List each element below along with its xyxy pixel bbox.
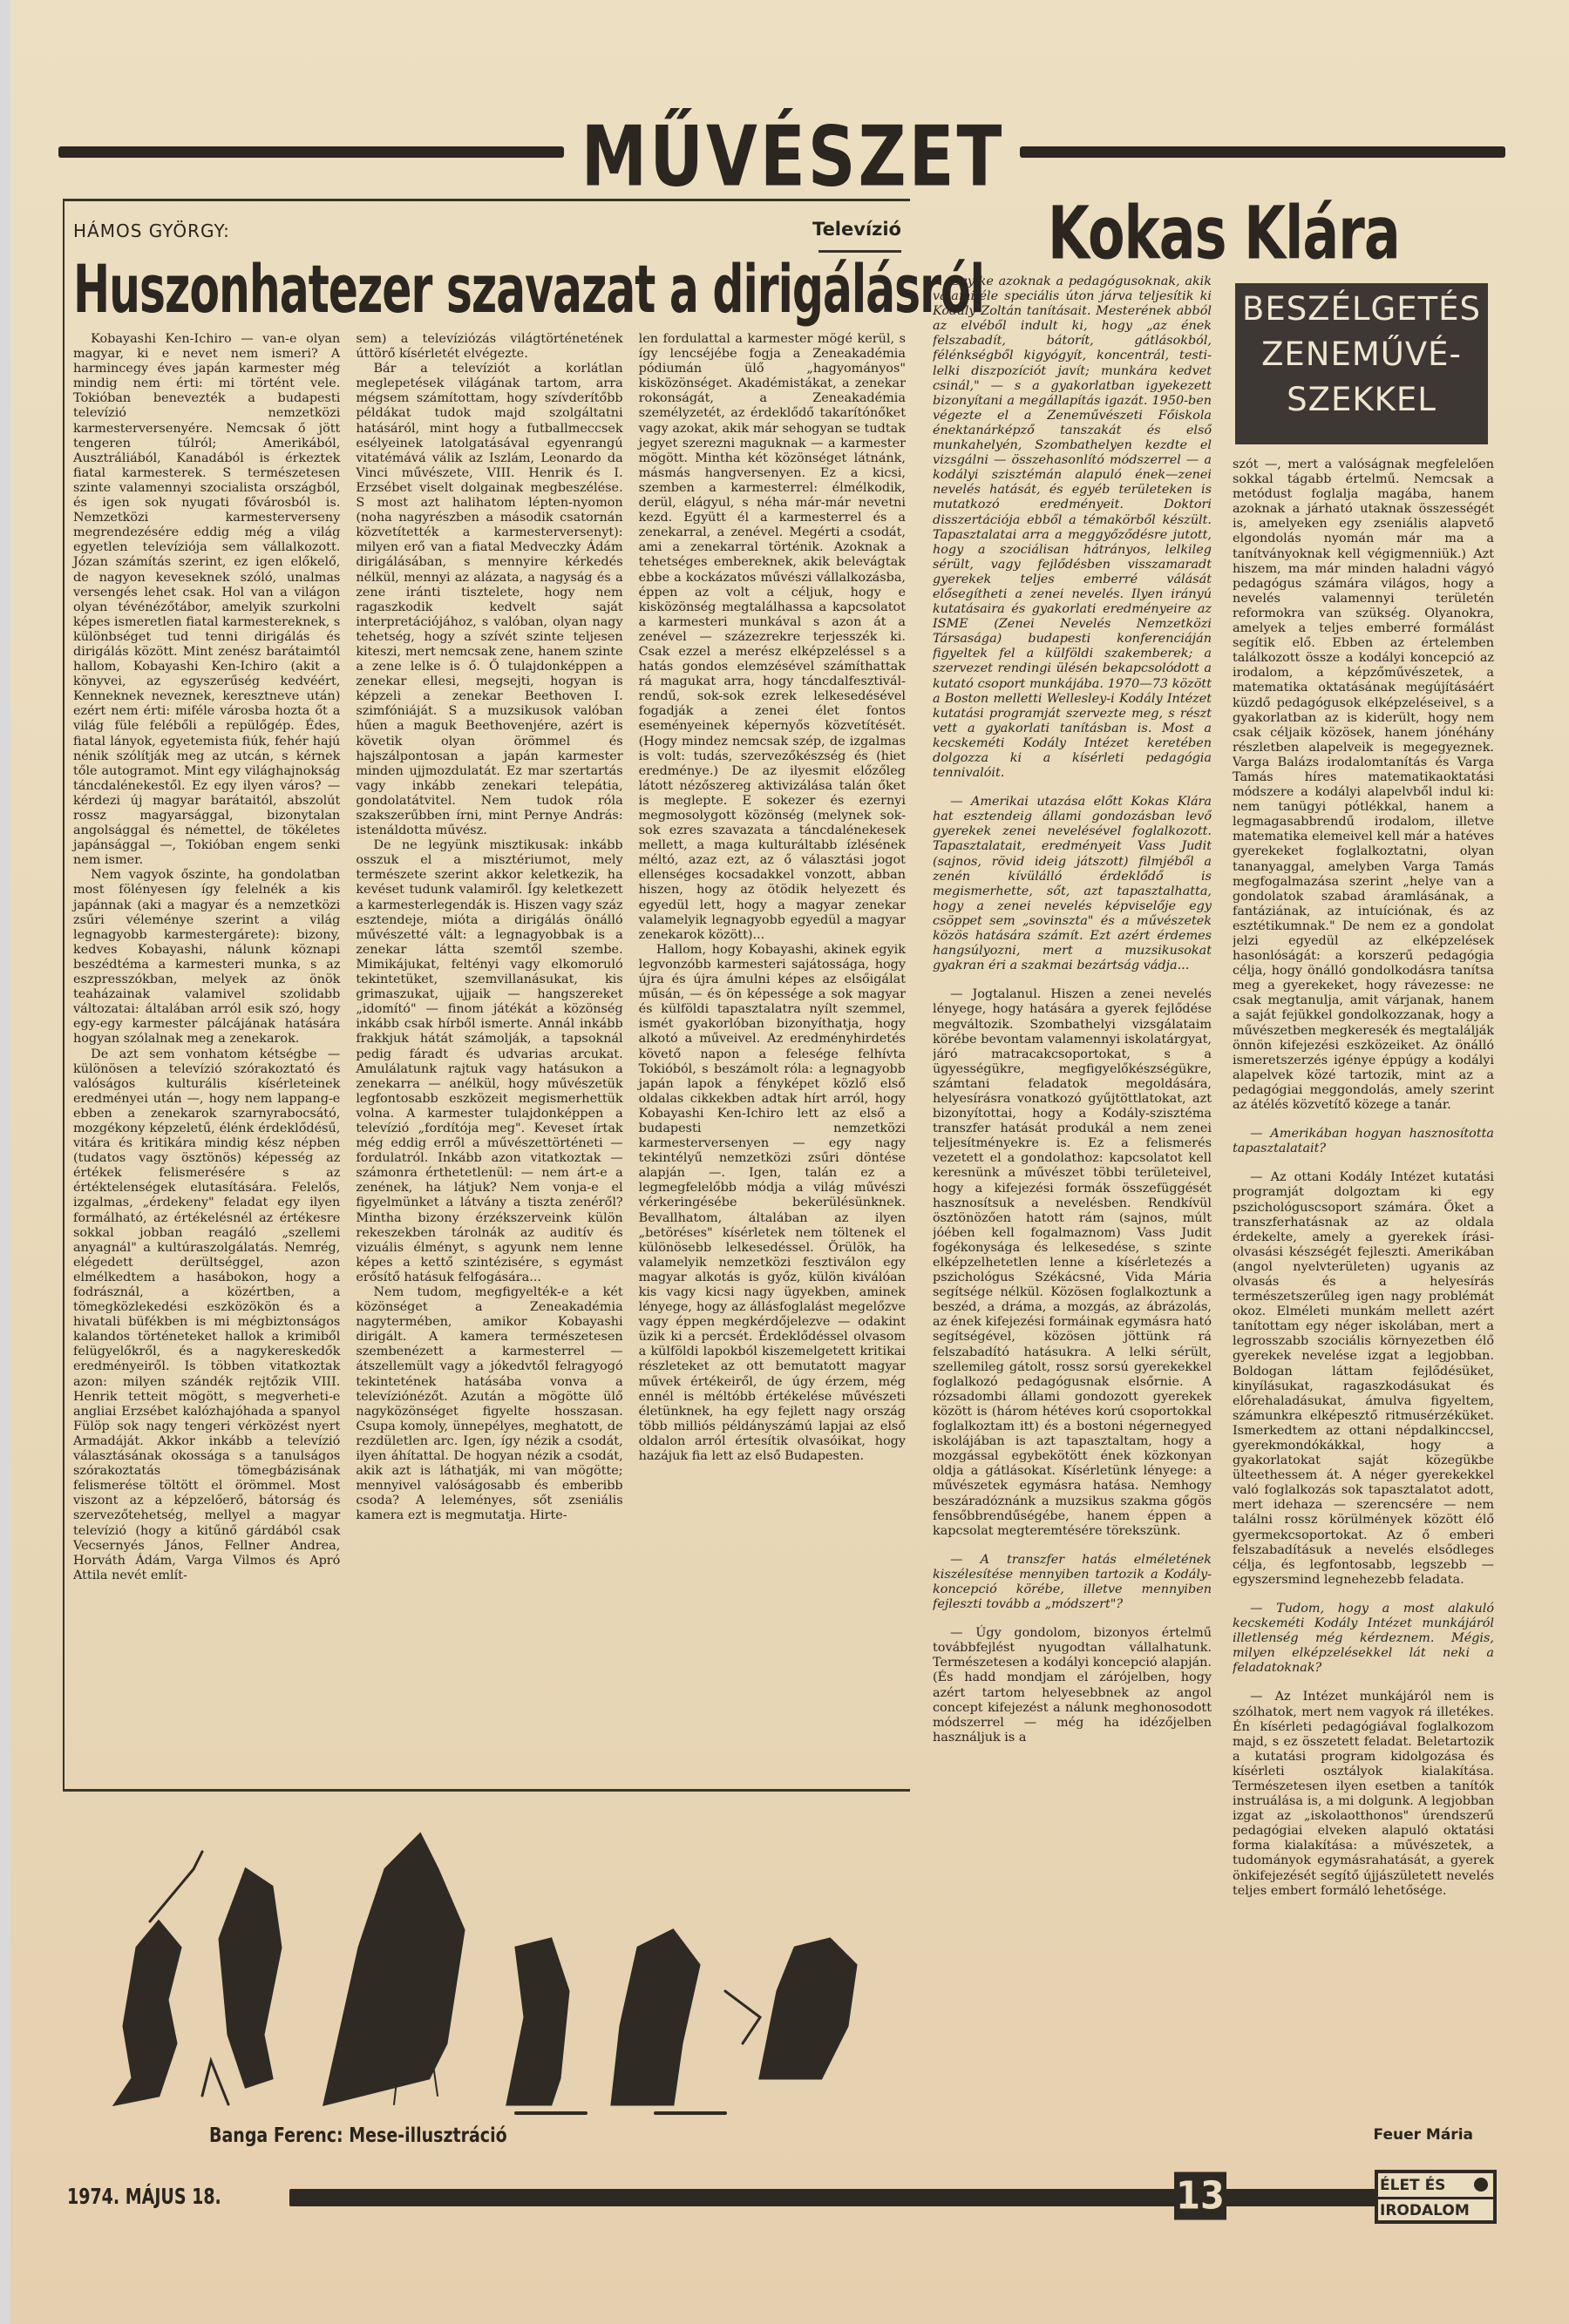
footer-rule xyxy=(289,2189,1484,2206)
interview-answer: — Jogtalanul. Hiszen a zenei nevelés lén… xyxy=(933,987,1212,1538)
article-columns: Kobayashi Ken-Ichiro — van-e olyan magya… xyxy=(73,332,906,1583)
fairy-tale-illustration xyxy=(98,1817,900,2131)
interview-question: — Tudom, hogy a most alakuló kecskeméti … xyxy=(1233,1602,1494,1676)
illustration-caption: Banga Ferenc: Mese-illusztráció xyxy=(209,2124,507,2147)
badge-line: BESZÉLGETÉS xyxy=(1235,287,1488,332)
section-title: MŰVÉSZET xyxy=(568,113,1017,200)
article-paragraph: len fordulattal a karmester mögé kerül, … xyxy=(639,332,906,943)
interview-answer: — Úgy gondolom, bizonyos értelmű továbbf… xyxy=(933,1626,1212,1745)
logo-dot-icon xyxy=(1474,2178,1488,2192)
badge-line: ZENEMŰVÉ- xyxy=(1235,332,1488,377)
article-headline: Huszonhatezer szavazat a dirigálásról xyxy=(73,255,910,326)
interview-answer: — Az Intézet munkájáról nem is szólhatok… xyxy=(1233,1690,1494,1898)
masthead-rule-right xyxy=(1020,146,1505,158)
interview-answer-continued: szót —, mert a valóságnak megfelelően so… xyxy=(1233,457,1494,1113)
article-paragraph: Bár a televíziót a korlátlan meglepetése… xyxy=(356,362,622,838)
badge-line: SZEKKEL xyxy=(1235,377,1488,423)
article-byline: HÁMOS GYÖRGY: xyxy=(73,220,230,241)
interview-column-2: szót —, mert a valóságnak megfelelően so… xyxy=(1233,457,1494,2096)
article-paragraph: De azt sem vonhatom kétségbe — különösen… xyxy=(73,1047,340,1583)
page-number: 13 xyxy=(1174,2172,1226,2220)
interview-lead: Egyike azoknak a pedagógusoknak, akik va… xyxy=(933,274,1212,781)
article-column-3: len fordulattal a karmester mögé kerül, … xyxy=(639,332,906,1583)
interview-answer: — Az ottani Kodály Intézet kutatási prog… xyxy=(1233,1170,1494,1588)
logo-text-top: ÉLET ÉS xyxy=(1380,2173,1445,2198)
article-section-label: Televízió xyxy=(812,219,901,240)
article-column-2: sem) a televíziózás világtörténetének út… xyxy=(356,332,622,1583)
left-article: HÁMOS GYÖRGY: Televízió Huszonhatezer sz… xyxy=(63,199,910,1792)
article-paragraph: Hallom, hogy Kobayashi, akinek egyik leg… xyxy=(639,943,906,1464)
article-paragraph: Nem tudom, megfigyelték-e a két közönség… xyxy=(356,1285,622,1524)
issue-date: 1974. MÁJUS 18. xyxy=(67,2185,221,2210)
interview-question: — Amerikában hogyan hasznosította tapasz… xyxy=(1233,1127,1494,1156)
interview-series-badge: BESZÉLGETÉS ZENEMŰVÉ- SZEKKEL xyxy=(1235,283,1488,444)
interview-author: Feuer Mária xyxy=(1374,2126,1473,2144)
interview-question: — A transzfer hatás elméletének kiszéles… xyxy=(933,1553,1212,1612)
logo-text-bottom: IRODALOM xyxy=(1380,2199,1470,2222)
article-column-1: Kobayashi Ken-Ichiro — van-e olyan magya… xyxy=(73,332,340,1583)
masthead-rule-left xyxy=(58,146,564,158)
article-paragraph: Nem vagyok őszinte, ha gondolatban most … xyxy=(73,868,340,1047)
article-paragraph: De ne legyünk misztikusak: inkább osszuk… xyxy=(356,838,622,1285)
interview-headline: Kokas Klára xyxy=(1048,196,1400,271)
publication-logo: ÉLET ÉS IRODALOM xyxy=(1375,2170,1497,2224)
newspaper-page: MŰVÉSZET HÁMOS GYÖRGY: Televízió Huszonh… xyxy=(10,0,1569,2324)
section-masthead: MŰVÉSZET xyxy=(58,113,1505,192)
article-paragraph: Kobayashi Ken-Ichiro — van-e olyan magya… xyxy=(73,332,340,868)
interview-column-1: Egyike azoknak a pedagógusoknak, akik va… xyxy=(933,274,1212,2122)
interview-question: — Amerikai utazása előtt Kokas Klára hat… xyxy=(933,795,1212,973)
article-paragraph: sem) a televíziózás világtörténetének út… xyxy=(356,332,622,362)
